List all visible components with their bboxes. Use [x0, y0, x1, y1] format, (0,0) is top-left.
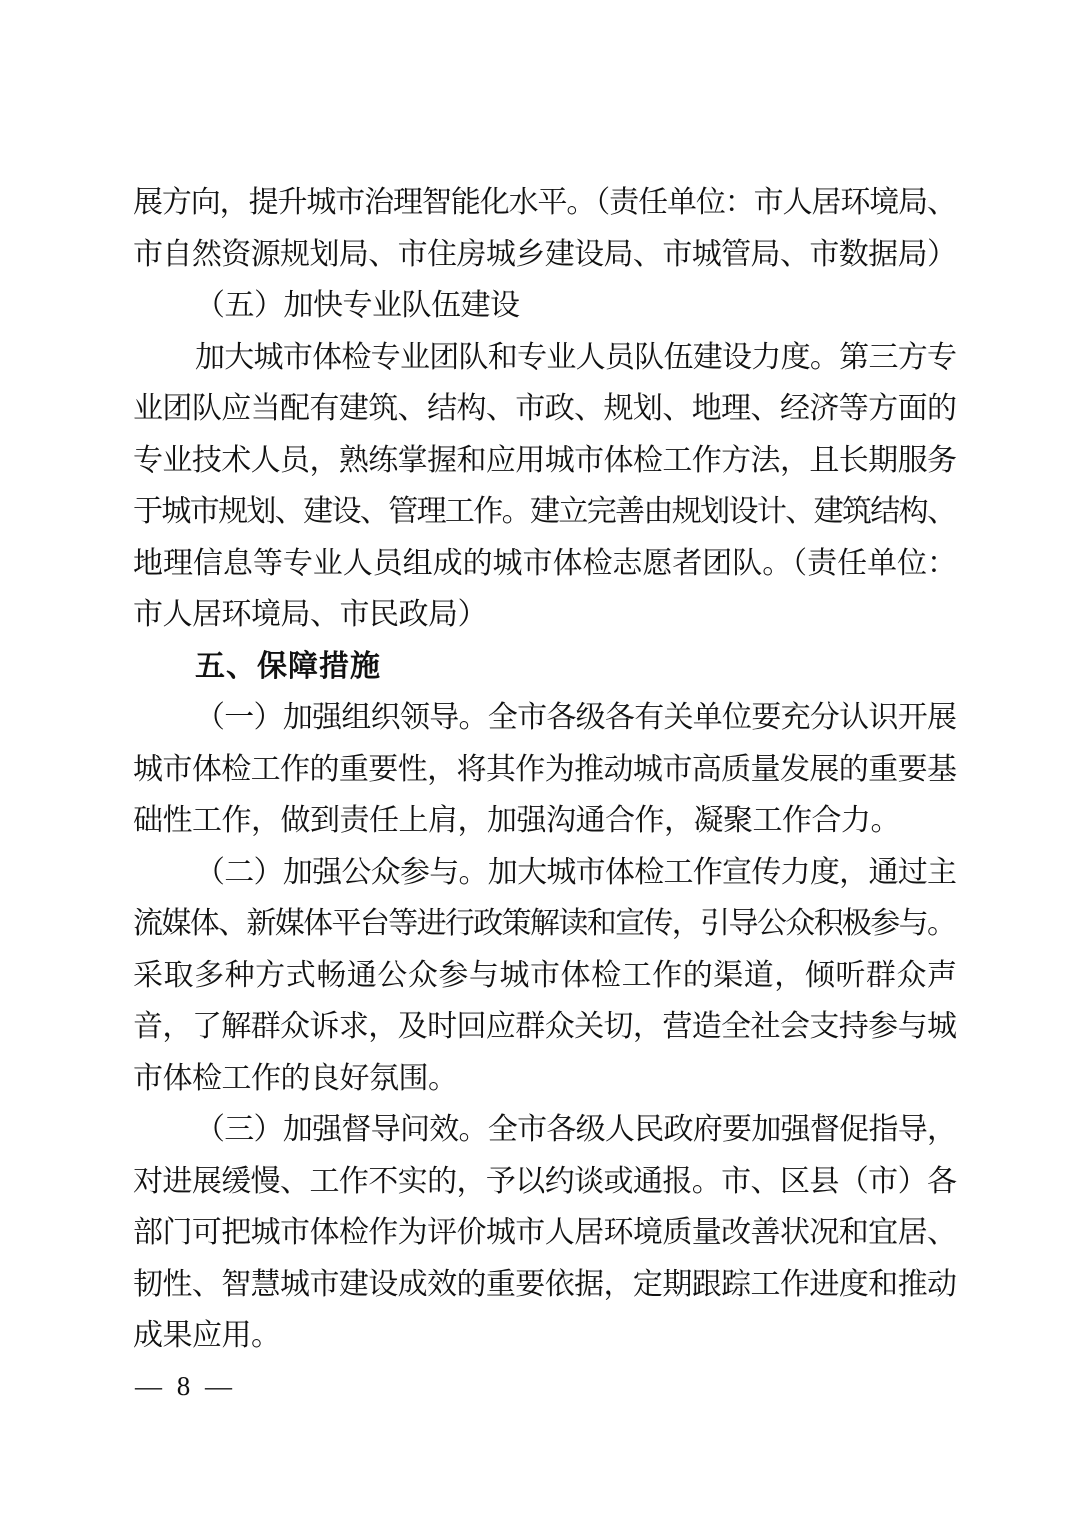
text-line: （二）加强公众参与。加大城市体检工作宣传力度，通过主 [133, 847, 955, 899]
text-line: 韧性、智慧城市建设成效的重要依据，定期跟踪工作进度和推动 [133, 1259, 955, 1311]
text-line: 市体检工作的良好氛围。 [133, 1053, 955, 1105]
text-line: 部门可把城市体检作为评价城市人居环境质量改善状况和宜居、 [133, 1207, 955, 1259]
document-body: 展方向，提升城市治理智能化水平。（责任单位：市人居环境局、市自然资源规划局、市住… [133, 177, 955, 1362]
text-line: （一）加强组织领导。全市各级各有关单位要充分认识开展 [133, 692, 955, 744]
text-line: 于城市规划、建设、管理工作。建立完善由规划设计、建筑结构、 [133, 486, 955, 538]
text-line: 专业技术人员，熟练掌握和应用城市体检工作方法，且长期服务 [133, 435, 955, 487]
page-number: — 8 — [135, 1368, 236, 1404]
text-line: （三）加强督导问效。全市各级人民政府要加强督促指导， [133, 1104, 955, 1156]
text-line: 对进展缓慢、工作不实的，予以约谈或通报。市、区县（市）各 [133, 1156, 955, 1208]
text-line: 流媒体、新媒体平台等进行政策解读和宣传，引导公众积极参与。 [133, 898, 955, 950]
text-line: 音，了解群众诉求，及时回应群众关切，营造全社会支持参与城 [133, 1001, 955, 1053]
text-line: 展方向，提升城市治理智能化水平。（责任单位：市人居环境局、 [133, 177, 955, 229]
text-line: 地理信息等专业人员组成的城市体检志愿者团队。（责任单位： [133, 538, 955, 590]
text-line: 市人居环境局、市民政局） [133, 589, 955, 641]
text-line: 加大城市体检专业团队和专业人员队伍建设力度。第三方专 [133, 332, 955, 384]
text-line: 础性工作，做到责任上肩，加强沟通合作，凝聚工作合力。 [133, 795, 955, 847]
text-line: 采取多种方式畅通公众参与城市体检工作的渠道，倾听群众声 [133, 950, 955, 1002]
text-line: 成果应用。 [133, 1310, 955, 1362]
section-heading: 五、保障措施 [133, 641, 955, 693]
text-line: 城市体检工作的重要性，将其作为推动城市高质量发展的重要基 [133, 744, 955, 796]
text-line: 市自然资源规划局、市住房城乡建设局、市城管局、市数据局） [133, 229, 955, 281]
text-line: （五）加快专业队伍建设 [133, 280, 955, 332]
text-line: 业团队应当配有建筑、结构、市政、规划、地理、经济等方面的 [133, 383, 955, 435]
document-page: 展方向，提升城市治理智能化水平。（责任单位：市人居环境局、市自然资源规划局、市住… [0, 0, 1074, 1520]
